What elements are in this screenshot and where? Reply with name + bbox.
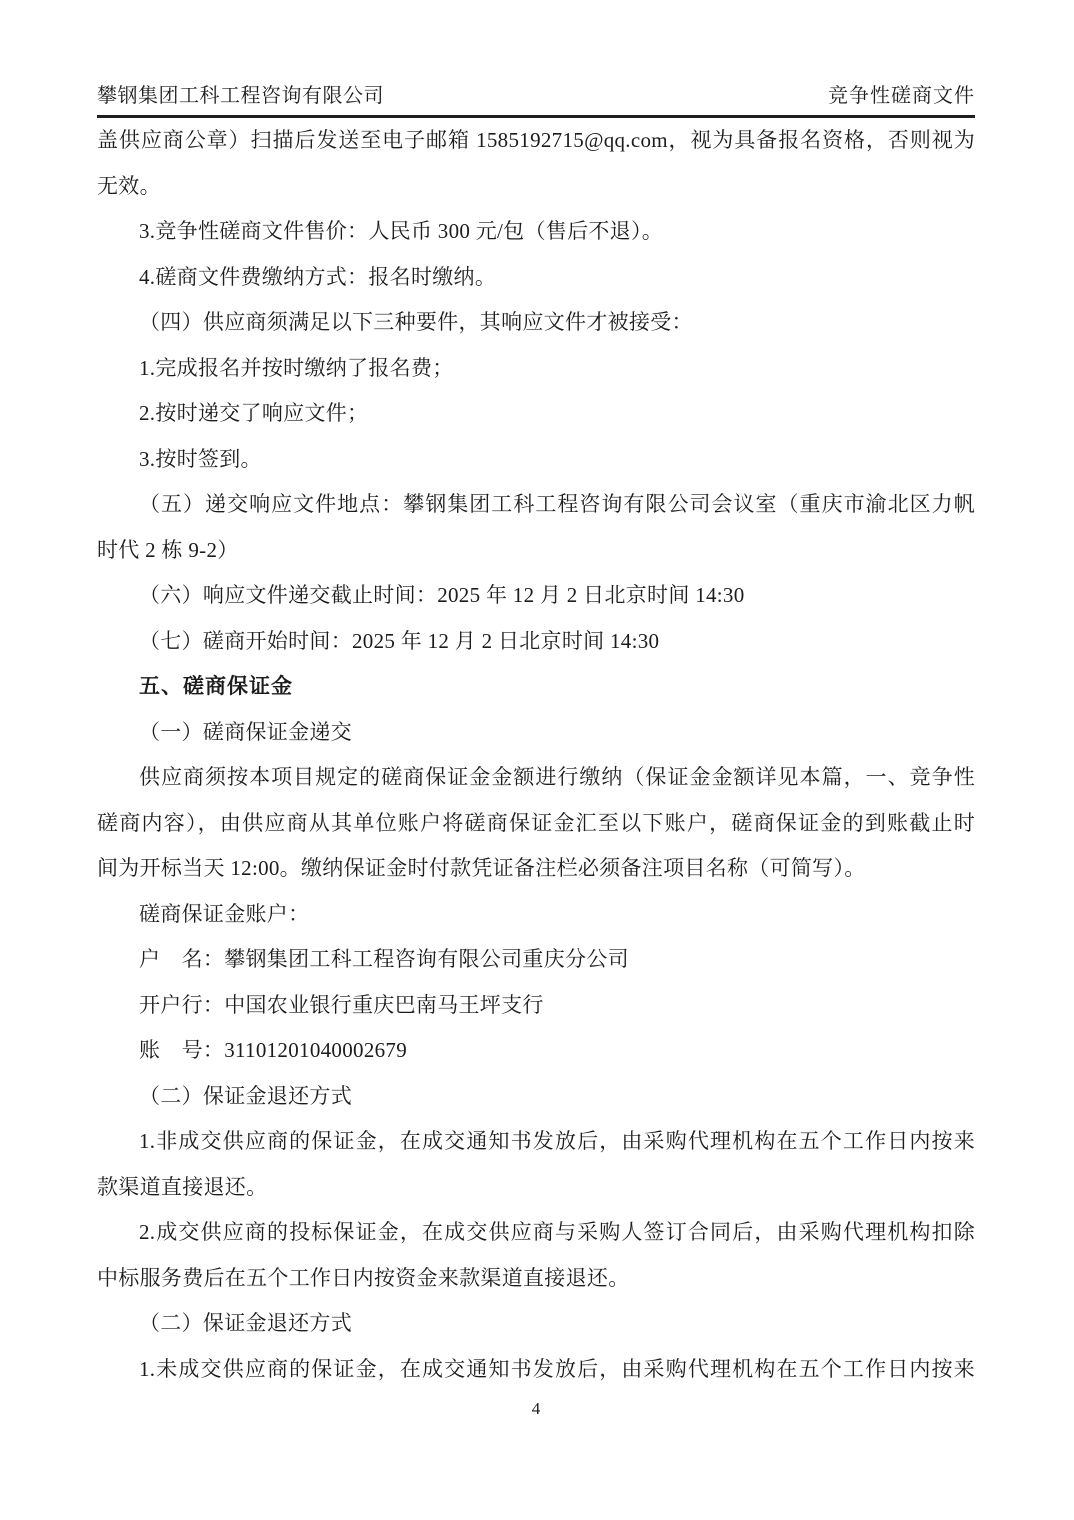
text-line: 间为开标当天 12:00。缴纳保证金时付款凭证备注栏必须备注项目名称（可简写）。: [97, 846, 975, 892]
text-line: （五）递交响应文件地点：攀钢集团工科工程咨询有限公司会议室（重庆市渝北区力帆: [97, 482, 975, 528]
text-line: （二）保证金退还方式: [97, 1074, 975, 1120]
text-line: （四）供应商须满足以下三种要件，其响应文件才被接受：: [97, 300, 975, 346]
document-body: 盖供应商公章）扫描后发送至电子邮箱 1585192715@qq.com，视为具备…: [97, 118, 975, 1392]
text-line: （六）响应文件递交截止时间：2025 年 12 月 2 日北京时间 14:30: [97, 573, 975, 619]
page-header: 攀钢集团工科工程咨询有限公司 竞争性磋商文件: [97, 84, 975, 118]
text-line: 款渠道直接退还。: [97, 1165, 975, 1211]
text-line: 2.按时递交了响应文件；: [97, 391, 975, 437]
page-footer: 4: [97, 1396, 975, 1422]
text-line: （二）保证金退还方式: [97, 1301, 975, 1347]
header-company-name: 攀钢集团工科工程咨询有限公司: [97, 84, 384, 108]
text-line: 无效。: [97, 164, 975, 210]
text-line: 1.非成交供应商的保证金，在成交通知书发放后，由采购代理机构在五个工作日内按来: [97, 1119, 975, 1165]
text-line: 1.完成报名并按时缴纳了报名费；: [97, 346, 975, 392]
text-line: 3.按时签到。: [97, 437, 975, 483]
section-heading-deposit: 五、磋商保证金: [97, 664, 975, 710]
text-line: 3.竞争性磋商文件售价：人民币 300 元/包（售后不退）。: [97, 209, 975, 255]
text-line: 时代 2 栋 9-2）: [97, 528, 975, 574]
text-line: （一）磋商保证金递交: [97, 710, 975, 756]
header-doc-type: 竞争性磋商文件: [828, 84, 975, 108]
text-line: 2.成交供应商的投标保证金，在成交供应商与采购人签订合同后，由采购代理机构扣除: [97, 1210, 975, 1256]
text-line: 1.未成交供应商的保证金，在成交通知书发放后，由采购代理机构在五个工作日内按来: [97, 1347, 975, 1393]
account-number-line: 账 号：31101201040002679: [97, 1028, 975, 1074]
text-line: 供应商须按本项目规定的磋商保证金金额进行缴纳（保证金金额详见本篇，一、竞争性: [97, 755, 975, 801]
account-holder-line: 户 名：攀钢集团工科工程咨询有限公司重庆分公司: [97, 937, 975, 983]
page-number: 4: [532, 1399, 541, 1418]
text-line: 盖供应商公章）扫描后发送至电子邮箱 1585192715@qq.com，视为具备…: [97, 118, 975, 164]
text-line: 中标服务费后在五个工作日内按资金来款渠道直接退还。: [97, 1256, 975, 1302]
bank-branch-line: 开户行：中国农业银行重庆巴南马王坪支行: [97, 983, 975, 1029]
text-line: （七）磋商开始时间：2025 年 12 月 2 日北京时间 14:30: [97, 619, 975, 665]
document-page: 攀钢集团工科工程咨询有限公司 竞争性磋商文件 盖供应商公章）扫描后发送至电子邮箱…: [0, 0, 1074, 1520]
text-line: 4.磋商文件费缴纳方式：报名时缴纳。: [97, 255, 975, 301]
text-line: 磋商内容），由供应商从其单位账户将磋商保证金汇至以下账户，磋商保证金的到账截止时: [97, 801, 975, 847]
text-line: 磋商保证金账户：: [97, 892, 975, 938]
